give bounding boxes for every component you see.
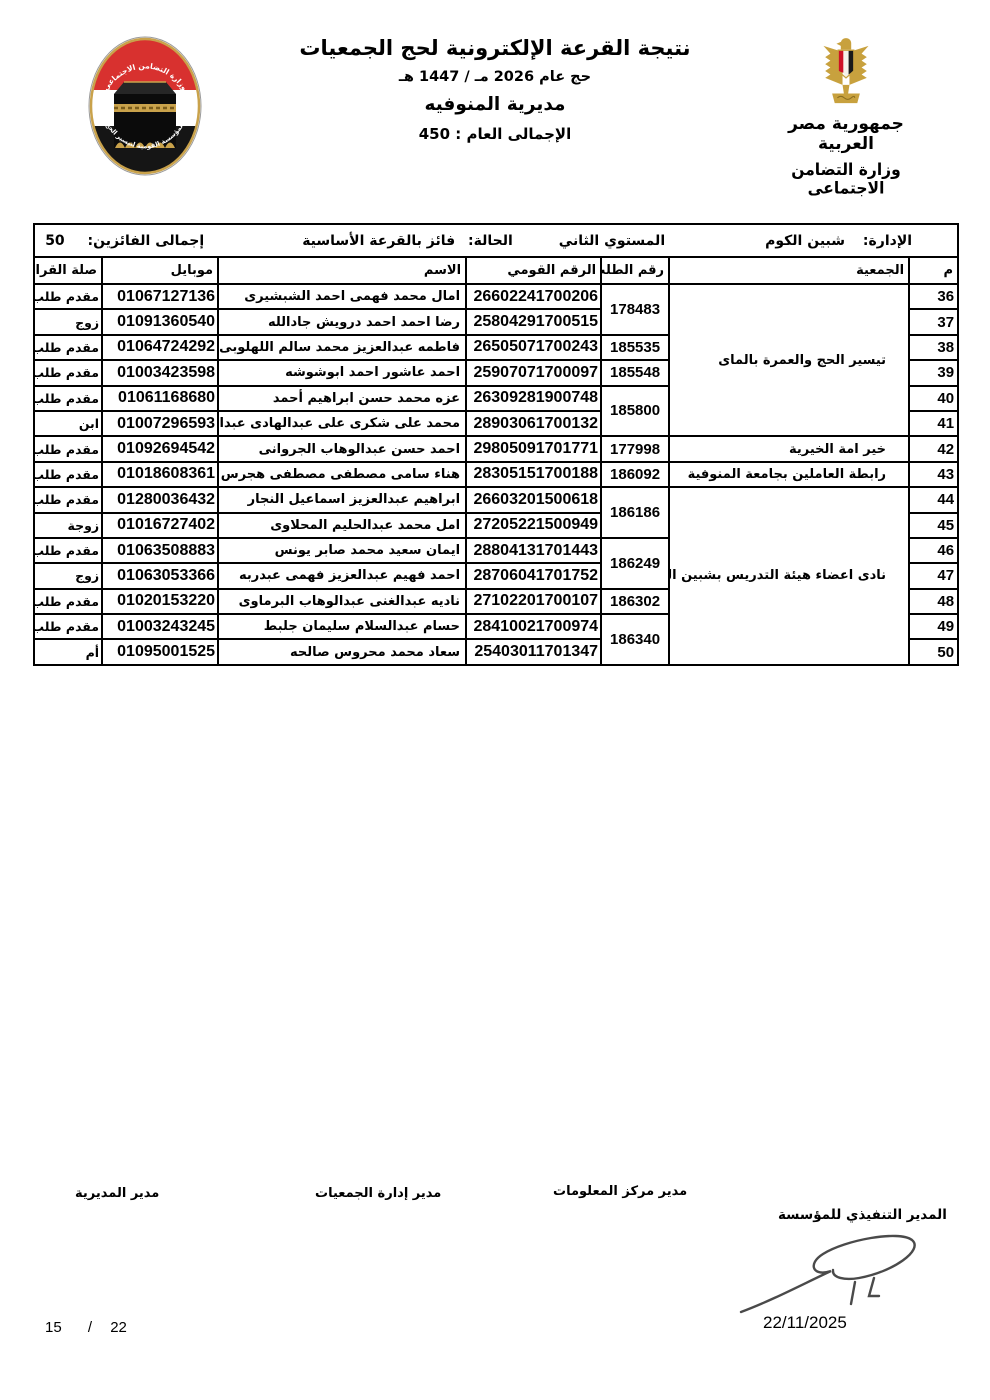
- administration-field: الإدارة: شبين الكوم: [765, 233, 912, 249]
- document-page: وزارة التضامن الاجتماعي المؤسسة القومية …: [0, 0, 990, 1400]
- name-cell: حسام عبدالسلام سليمان جلبط: [218, 614, 466, 639]
- administration-value: شبين الكوم: [765, 233, 845, 249]
- mobile-cell: 01003423598: [102, 360, 218, 385]
- national-id-cell: 27102201700107: [466, 589, 601, 614]
- name-cell: احمد عاشور احمد ابوشوشه: [218, 360, 466, 385]
- relation-cell: مقدم طلب: [34, 589, 102, 614]
- header-association: الجمعية: [669, 257, 909, 284]
- state-emblem-block: جمهورية مصر العربية وزارة التضامن الاجتم…: [758, 34, 934, 197]
- hajj-year-line: حج عام 2026 مـ / 1447 هـ: [250, 69, 740, 85]
- name-cell: امل محمد عبدالحليم المحلاوى: [218, 513, 466, 538]
- serial-cell: 42: [909, 436, 958, 461]
- serial-cell: 44: [909, 487, 958, 512]
- national-id-cell: 28706041701752: [466, 563, 601, 588]
- mobile-cell: 01003243245: [102, 614, 218, 639]
- document-title-block: نتيجة القرعة الإلكترونية لحج الجمعيات حج…: [250, 36, 740, 143]
- header-mobile: موبايل: [102, 257, 218, 284]
- name-cell: محمد على شكرى على عبدالهادى عبدالقادر: [218, 411, 466, 436]
- relation-cell: مقدم طلب: [34, 284, 102, 309]
- egypt-eagle-icon: [820, 34, 872, 108]
- header-national-id: الرقم القومي: [466, 257, 601, 284]
- relation-cell: مقدم طلب: [34, 487, 102, 512]
- page-number: 15 / 22: [45, 1319, 127, 1336]
- serial-cell: 39: [909, 360, 958, 385]
- associations-manager-label: مدير إدارة الجمعيات: [315, 1186, 441, 1201]
- page-separator: /: [88, 1319, 92, 1336]
- request-no-cell: 186340: [601, 614, 669, 665]
- name-cell: ايمان سعيد محمد صابر يونس: [218, 538, 466, 563]
- association-cell: تيسير الحج والعمرة بالماى: [669, 284, 909, 436]
- association-cell: نادى اعضاء هيئة التدريس بشبين الكوم: [669, 487, 909, 665]
- winners-value: 50: [45, 233, 64, 249]
- request-no-cell: 185535: [601, 335, 669, 360]
- info-center-manager-label: مدير مركز المعلومات: [553, 1184, 687, 1199]
- request-no-cell: 185800: [601, 386, 669, 437]
- national-id-cell: 28804131701443: [466, 538, 601, 563]
- mobile-cell: 01020153220: [102, 589, 218, 614]
- serial-cell: 46: [909, 538, 958, 563]
- mobile-cell: 01091360540: [102, 309, 218, 334]
- mobile-cell: 01063508883: [102, 538, 218, 563]
- name-cell: ناديه عبدالغنى عبدالوهاب البرماوى: [218, 589, 466, 614]
- winners-field: إجمالى الفائزين: 50: [45, 233, 204, 249]
- association-cell: خير امة الخيرية: [669, 436, 909, 461]
- page-total: 22: [110, 1319, 127, 1336]
- status-value: فائز بالقرعة الأساسية: [302, 233, 455, 249]
- request-no-cell: 186092: [601, 462, 669, 487]
- mobile-cell: 01018608361: [102, 462, 218, 487]
- serial-cell: 38: [909, 335, 958, 360]
- table-info-row: الإدارة: شبين الكوم المستوي الثاني الحال…: [34, 224, 958, 257]
- mobile-cell: 01063053366: [102, 563, 218, 588]
- relation-cell: مقدم طلب: [34, 614, 102, 639]
- request-no-cell: 178483: [601, 284, 669, 335]
- name-cell: ابراهيم عبدالعزيز اسماعيل النجار: [218, 487, 466, 512]
- relation-cell: مقدم طلب: [34, 386, 102, 411]
- grand-total-label: الإجمالى العام :: [455, 125, 571, 143]
- name-cell: سعاد محمد محروس صالحه: [218, 639, 466, 664]
- national-id-cell: 28903061700132: [466, 411, 601, 436]
- national-id-cell: 29805091701771: [466, 436, 601, 461]
- header-relation: صلة القرابه: [34, 257, 102, 284]
- serial-cell: 48: [909, 589, 958, 614]
- national-id-cell: 28305151700188: [466, 462, 601, 487]
- table-row: 44 نادى اعضاء هيئة التدريس بشبين الكوم 1…: [34, 487, 958, 512]
- table-row: 36 تيسير الحج والعمرة بالماى 178483 2660…: [34, 284, 958, 309]
- national-id-cell: 27205221500949: [466, 513, 601, 538]
- serial-cell: 40: [909, 386, 958, 411]
- mobile-cell: 01067127136: [102, 284, 218, 309]
- ministry-kaaba-logo: وزارة التضامن الاجتماعي المؤسسة القومية …: [88, 36, 202, 176]
- national-id-cell: 25403011701347: [466, 639, 601, 664]
- relation-cell: مقدم طلب: [34, 538, 102, 563]
- name-cell: احمد فهيم عبدالعزيز فهمى عبدربه: [218, 563, 466, 588]
- handwritten-signature-icon: [733, 1228, 929, 1320]
- table-header-row: م الجمعية رقم الطلب الرقم القومي الاسم م…: [34, 257, 958, 284]
- table-row: 42 خير امة الخيرية 177998 29805091701771…: [34, 436, 958, 461]
- serial-cell: 37: [909, 309, 958, 334]
- winners-label: إجمالى الفائزين:: [88, 233, 205, 249]
- name-cell: امال محمد فهمى احمد الشبشيرى: [218, 284, 466, 309]
- mobile-cell: 01092694542: [102, 436, 218, 461]
- name-cell: هناء سامى مصطفى مصطفى هجرس: [218, 462, 466, 487]
- serial-cell: 45: [909, 513, 958, 538]
- name-cell: فاطمه عبدالعزيز محمد سالم اللهلوبى: [218, 335, 466, 360]
- mobile-cell: 01064724292: [102, 335, 218, 360]
- table-row: 43 رابطة العاملين بجامعة المنوفية 186092…: [34, 462, 958, 487]
- page-current: 15: [45, 1319, 62, 1336]
- mobile-cell: 01061168680: [102, 386, 218, 411]
- relation-cell: ابن: [34, 411, 102, 436]
- national-id-cell: 25907071700097: [466, 360, 601, 385]
- results-table: الإدارة: شبين الكوم المستوي الثاني الحال…: [33, 223, 959, 666]
- serial-cell: 50: [909, 639, 958, 664]
- mobile-cell: 01280036432: [102, 487, 218, 512]
- relation-cell: زوج: [34, 309, 102, 334]
- name-cell: احمد حسن عبدالوهاب الجروانى: [218, 436, 466, 461]
- results-table-wrap: الإدارة: شبين الكوم المستوي الثاني الحال…: [33, 223, 957, 666]
- directorate-manager-label: مدير المديرية: [75, 1186, 159, 1201]
- request-no-cell: 185548: [601, 360, 669, 385]
- request-no-cell: 177998: [601, 436, 669, 461]
- header-name: الاسم: [218, 257, 466, 284]
- name-cell: رضا احمد احمد درويش جادالله: [218, 309, 466, 334]
- status-field: الحالة: فائز بالقرعة الأساسية: [302, 233, 513, 249]
- grand-total-line: الإجمالى العام : 450: [250, 125, 740, 143]
- request-no-cell: 186302: [601, 589, 669, 614]
- relation-cell: مقدم طلب: [34, 462, 102, 487]
- executive-director-label: المدير التنفيذي للمؤسسة: [778, 1207, 947, 1223]
- national-id-cell: 28410021700974: [466, 614, 601, 639]
- serial-cell: 41: [909, 411, 958, 436]
- serial-cell: 47: [909, 563, 958, 588]
- ministry-name: وزارة التضامن الاجتماعى: [758, 160, 934, 198]
- flag-shield-icon: [838, 50, 854, 78]
- kaaba-emblem-icon: وزارة التضامن الاجتماعي المؤسسة القومية …: [88, 36, 202, 176]
- national-id-cell: 26603201500618: [466, 487, 601, 512]
- request-no-cell: 186249: [601, 538, 669, 589]
- name-cell: عزه محمد حسن ابراهيم أحمد: [218, 386, 466, 411]
- request-no-cell: 186186: [601, 487, 669, 538]
- level-field: المستوي الثاني: [559, 233, 665, 249]
- serial-cell: 49: [909, 614, 958, 639]
- grand-total-value: 450: [419, 125, 450, 143]
- serial-cell: 43: [909, 462, 958, 487]
- national-id-cell: 26602241700206: [466, 284, 601, 309]
- mobile-cell: 01016727402: [102, 513, 218, 538]
- relation-cell: مقدم طلب: [34, 436, 102, 461]
- relation-cell: أم: [34, 639, 102, 664]
- header-serial: م: [909, 257, 958, 284]
- mobile-cell: 01095001525: [102, 639, 218, 664]
- national-id-cell: 26505071700243: [466, 335, 601, 360]
- relation-cell: مقدم طلب: [34, 335, 102, 360]
- header-request-no: رقم الطلب: [601, 257, 669, 284]
- mobile-cell: 01007296593: [102, 411, 218, 436]
- administration-label: الإدارة:: [863, 233, 912, 249]
- association-cell: رابطة العاملين بجامعة المنوفية: [669, 462, 909, 487]
- relation-cell: زوجة: [34, 513, 102, 538]
- relation-cell: زوج: [34, 563, 102, 588]
- status-label: الحالة:: [468, 233, 513, 249]
- national-id-cell: 26309281900748: [466, 386, 601, 411]
- national-id-cell: 25804291700515: [466, 309, 601, 334]
- republic-name: جمهورية مصر العربية: [758, 114, 934, 154]
- directorate-line: مديرية المنوفيه: [250, 94, 740, 115]
- page-title: نتيجة القرعة الإلكترونية لحج الجمعيات: [250, 36, 740, 61]
- serial-cell: 36: [909, 284, 958, 309]
- report-date: 22/11/2025: [763, 1313, 847, 1333]
- relation-cell: مقدم طلب: [34, 360, 102, 385]
